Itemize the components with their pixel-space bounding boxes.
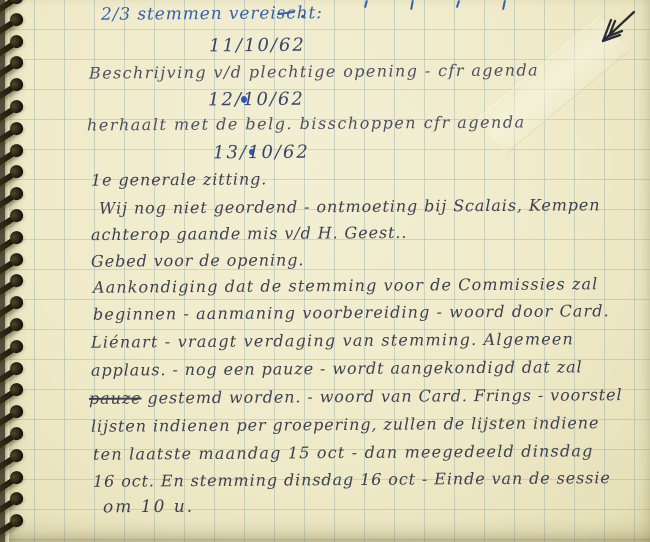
handwritten-line: herhaalt met de belg. bisschoppen cfr ag… (87, 112, 526, 134)
stray-ink-mark (502, 0, 506, 10)
handwritten-line: Wij nog niet geordend - ontmoeting bij S… (99, 195, 601, 218)
handwritten-line: Aankondiging dat de stemming voor de Com… (93, 274, 598, 297)
handwritten-line: 16 oct. En stemming dinsdag 16 oct - Ein… (93, 468, 611, 491)
spiral-binding (0, 0, 54, 542)
stray-ink-mark (364, 0, 368, 8)
stray-ink-mark (410, 0, 414, 10)
handwritten-line: om 10 u. (103, 497, 194, 518)
handwritten-line: Gebed voor de opening. (91, 250, 304, 270)
spiral-coil (0, 517, 21, 542)
handwritten-line: 1e generale zitting. (91, 169, 267, 189)
date-heading: 12/10/62 (208, 89, 305, 111)
hand-drawn-arrow-icon (590, 4, 650, 56)
date-heading: 13/10/62 (213, 142, 310, 164)
date-heading: 11/10/62 (209, 35, 306, 57)
stray-ink-mark (456, 0, 460, 8)
handwritten-line: pauzegestemd worden. - woord van Card. F… (89, 385, 623, 408)
struck-out-word: pauze (89, 388, 142, 407)
handwritten-line: beginnen - aanmaning voorbereiding - woo… (93, 301, 610, 324)
handwritten-line-heading: 2/3 stemmen vereischt: (101, 3, 323, 25)
handwritten-line: applaus. - nog een pauze - wordt aangeko… (91, 357, 583, 379)
handwritten-line: lijsten indienen per groepering, zullen … (91, 413, 599, 436)
handwritten-line: achterop gaande mis v/d H. Geest.. (91, 223, 407, 244)
handwritten-line: Beschrijving v/d plechtige opening - cfr… (89, 60, 539, 82)
handwritten-line: ten laatste maandag 15 oct - dan meegede… (93, 441, 594, 463)
handwritten-line-text: gestemd worden. - woord van Card. Frings… (147, 385, 622, 407)
notebook-page: 2/3 stemmen vereischt: 11/10/62 Beschrij… (5, 0, 650, 542)
handwritten-line: Liénart - vraagt verdaging van stemming.… (91, 329, 574, 351)
